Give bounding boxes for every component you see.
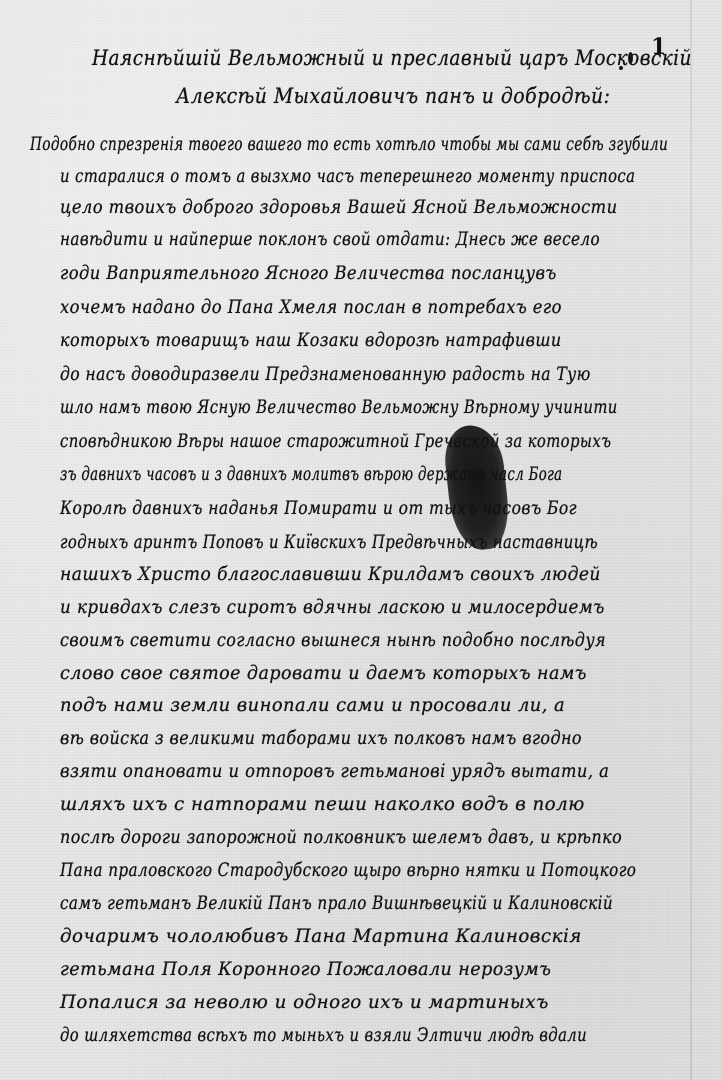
body-line: нашихъ Христо благославивши Крилдамъ сво… [60, 563, 601, 585]
body-line: своимъ светити согласно вышнеся нынѣ под… [60, 629, 606, 651]
body-line: Королѣ давнихъ наданья Помирати и от тых… [60, 497, 577, 519]
heading-line-2: Алексѣй Мыхайловичъ панъ и добродѣй: [176, 84, 611, 108]
body-line: дочаримъ чололюбивъ Пана Мартина Калинов… [60, 925, 582, 947]
body-line: цело твоихъ доброго здоровья Вашей Ясной… [60, 196, 618, 218]
body-line: до насъ доводиразвели Предзнаменованную … [60, 363, 591, 385]
body-line: годи Ваприятельного Ясного Величества по… [60, 262, 557, 284]
heading-line-1: Наяснѣйшій Вельможный и преславный царъ … [92, 46, 692, 70]
body-line: навѣдити и найперше поклонъ свой отдати:… [60, 228, 600, 250]
body-line: взяти опановати и отпоровъ гетьманові ур… [60, 760, 609, 782]
body-line: которыхъ товарищъ наш Козаки вдорозѣ нат… [60, 329, 562, 351]
body-line: Подобно спрезренія твоего вашего то есть… [30, 133, 668, 155]
manuscript-page: 1 Наяснѣйшій Вельможный и преславный цар… [0, 0, 722, 1080]
body-line: хочемъ надано до Пана Хмеля послан в пот… [60, 296, 562, 318]
body-line: годныхъ аринтъ Поповъ и Київскихъ Предвѣ… [60, 531, 598, 553]
body-line: Попалися за неволю и одного ихъ и мартин… [60, 991, 549, 1013]
body-line: самъ гетьманъ Великій Панъ прало Вишнѣве… [60, 892, 613, 914]
body-line: и старалися о томъ а вызхмо часъ тепереш… [60, 165, 635, 187]
body-line: Пана праловского Стародубского щыро вѣрн… [60, 859, 636, 881]
body-line: послѣ дороги запорожной полковникъ шелем… [60, 826, 622, 848]
body-line: сповѣдникою Вѣры нашое старожитной Грече… [60, 430, 611, 452]
body-line: и кривдахъ слезъ сиротъ вдячны ласкою и … [60, 596, 605, 618]
body-line: слово свое святое даровати и даемъ котор… [60, 662, 587, 684]
body-line: до шляхетства всѣхъ то мыньхъ и взяли Эл… [60, 1024, 587, 1046]
body-line: гетьмана Поля Коронного Пожаловали нероз… [60, 958, 551, 980]
body-line: вѣ войска з великими таборами ихъ полков… [60, 727, 582, 749]
paper-fold-line [690, 0, 692, 1080]
body-line: шляхъ ихъ с натпорами пеши наколко водъ … [60, 793, 585, 815]
body-line: подъ нами земли винопали сами и просовал… [60, 694, 565, 716]
body-line: шло намъ твою Ясную Величество Вельможну… [60, 396, 618, 418]
body-line: зъ давнихъ часовъ и з давнихъ молитвъ вѣ… [60, 463, 562, 485]
